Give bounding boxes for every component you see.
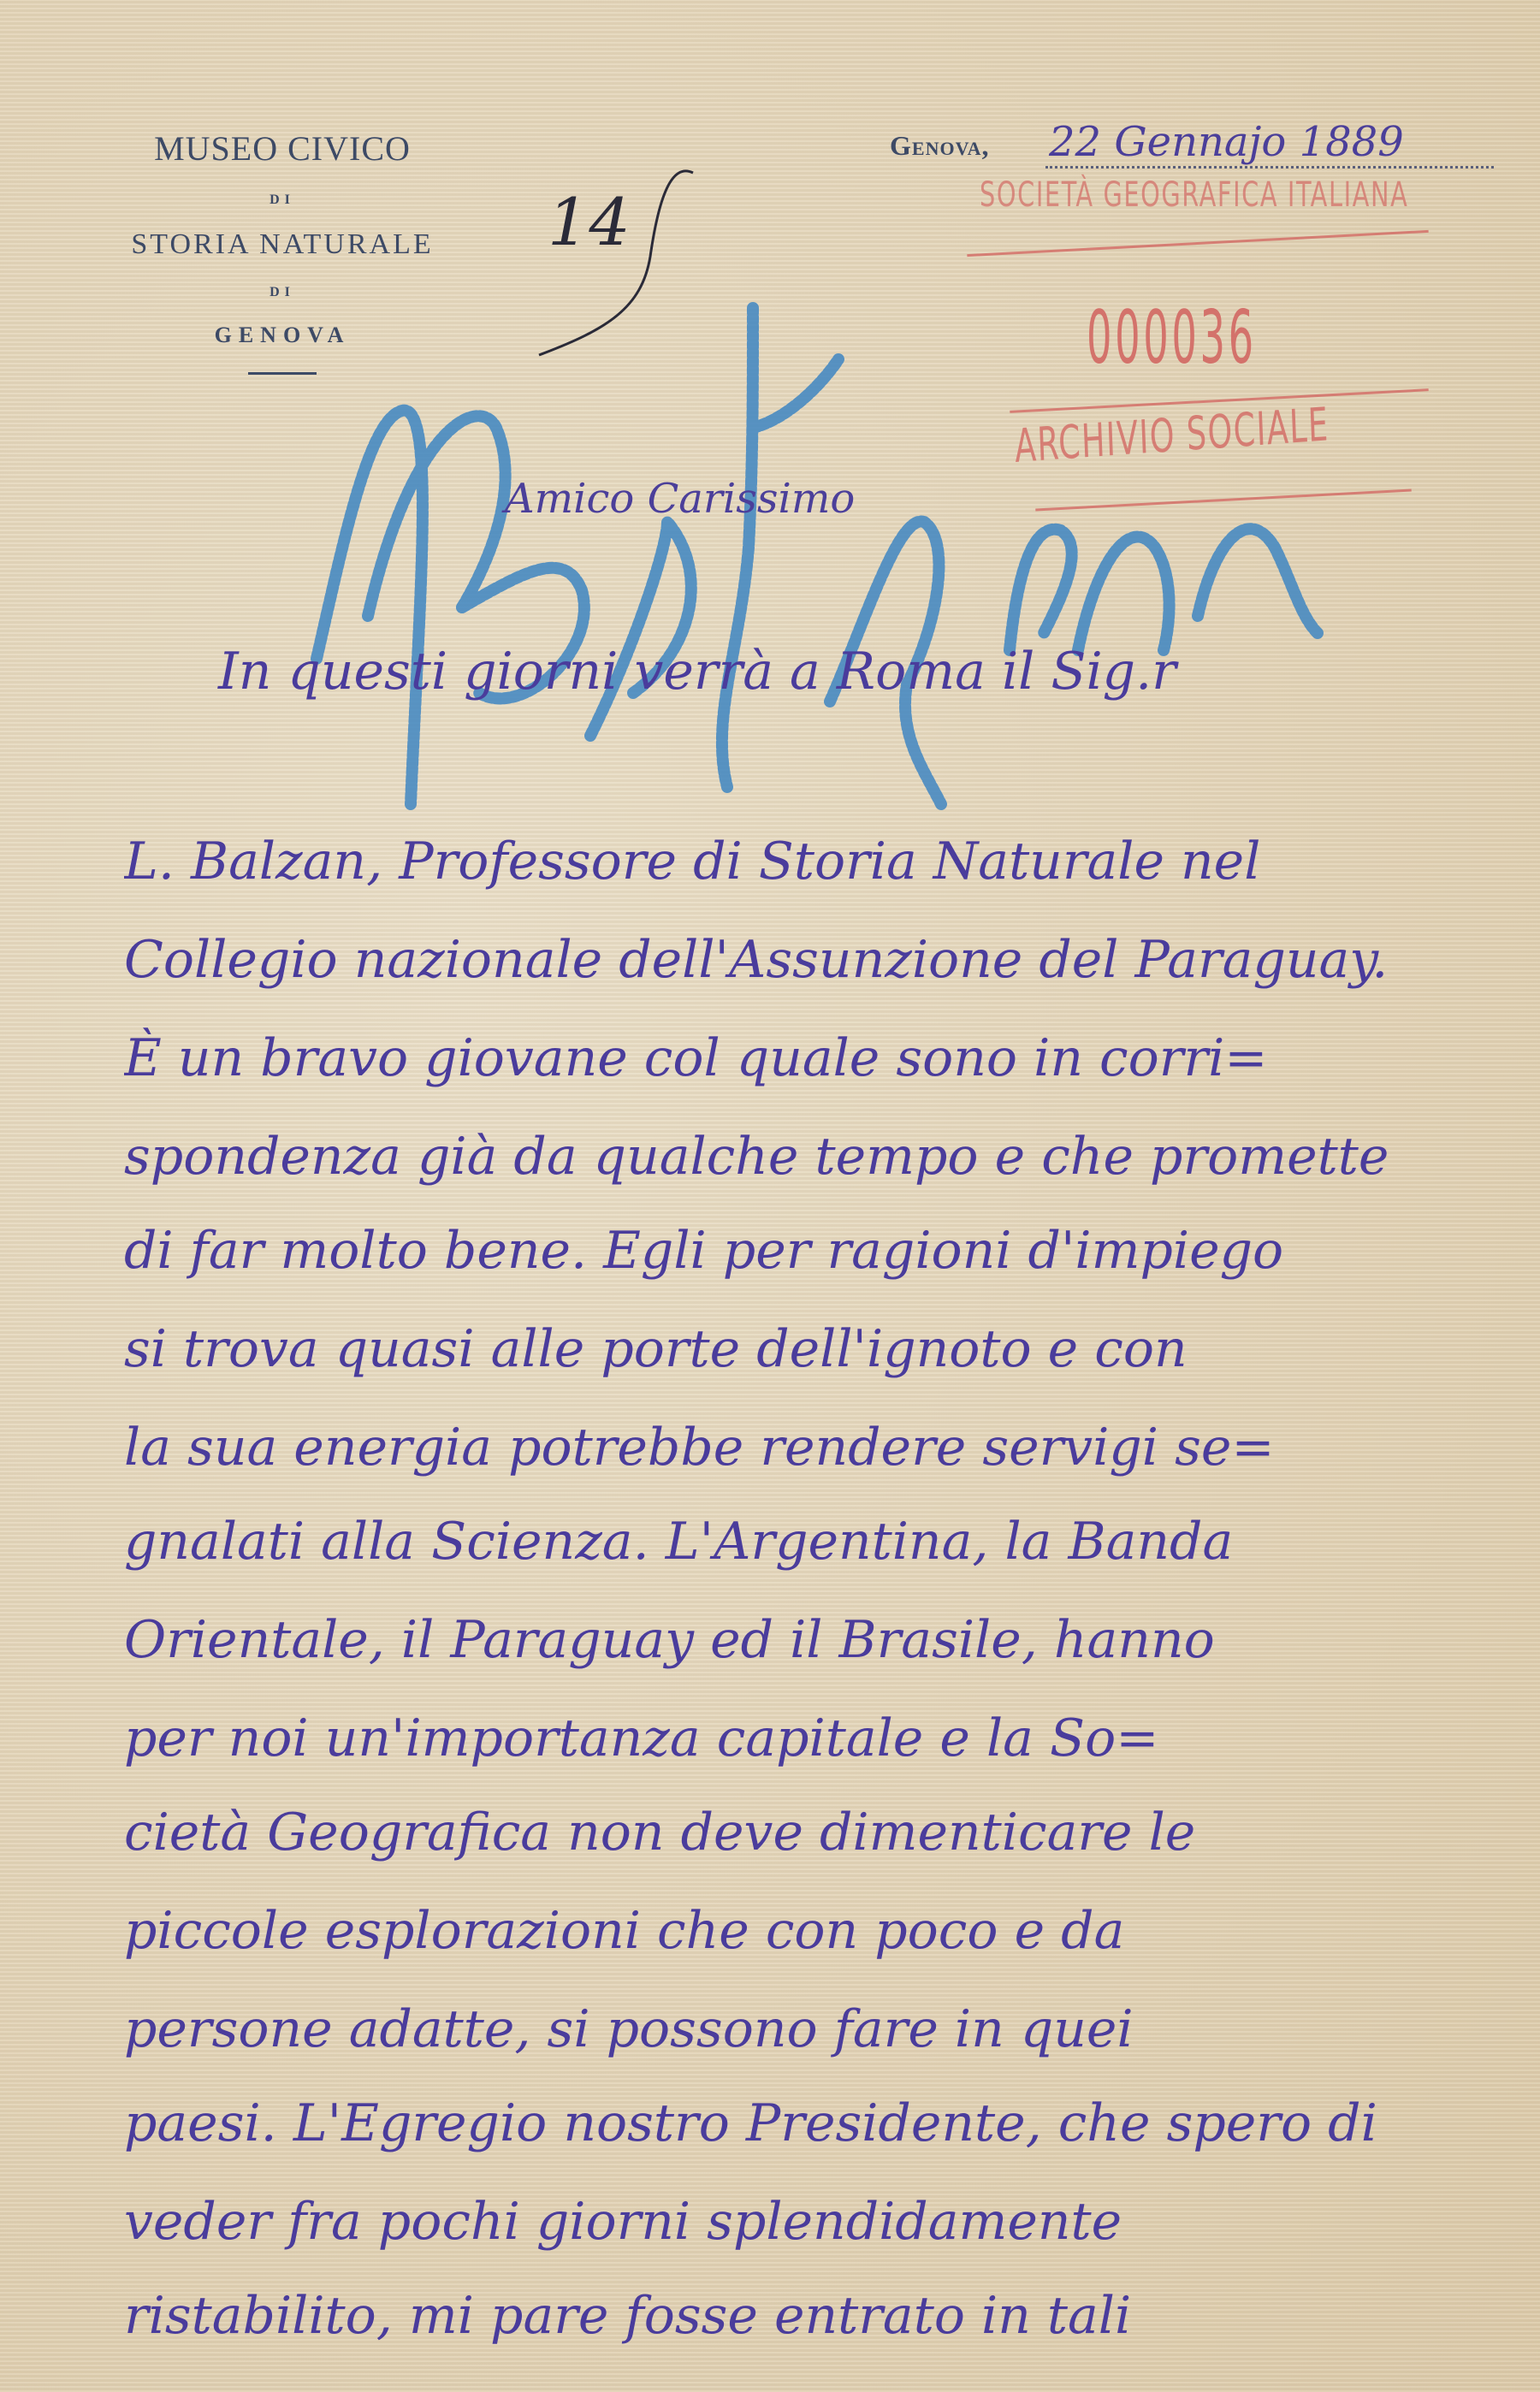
letter-line: si trova quasi alle porte dell'ignoto e … [124,1315,1510,1413]
letter-line: paesi. L'Egregio nostro Presidente, che … [124,2089,1510,2188]
letter-line: piccole esplorazioni che con poco e da [124,1897,1510,1995]
letter-page: MUSEO CIVICO DI STORIA NATURALE DI GENOV… [0,0,1540,2392]
letter-line: persone adatte, si possono fare in quei [124,1995,1510,2089]
letter-line: ristabilito, mi pare fosse entrato in ta… [124,2282,1510,2380]
letter-line: spondenza già da qualche tempo e che pro… [124,1122,1510,1217]
letter-body: In questi giorni verrà a Roma il Sig.r L… [124,637,1510,2380]
folio-number: 14 [548,184,631,260]
dateline-place: Genova, [890,130,990,162]
letter-line: di far molto bene. Egli per ragioni d'im… [124,1217,1510,1315]
letterhead-subtitle: STORIA NATURALE [60,228,505,261]
letter-line: veder fra pochi giorni splendidamente [124,2188,1510,2282]
letter-line: cietà Geografica non deve dimenticare le [124,1798,1510,1897]
letter-line: In questi giorni verrà a Roma il Sig.r [124,637,1510,827]
letter-line: Collegio nazionale dell'Assunzione del P… [124,926,1510,1024]
stamp-society-name: SOCIETÀ GEOGRAFICA ITALIANA [980,175,1408,215]
letterhead-di: DI [60,192,505,208]
stamp-rule [967,230,1428,257]
letter-salutation: Amico Carissimo [505,475,855,523]
letter-line: gnalati alla Scienza. L'Argentina, la Ba… [124,1507,1510,1606]
letter-line: È un bravo giovane col quale sono in cor… [124,1024,1510,1122]
letterhead-museum-name: MUSEO CIVICO [60,128,505,169]
dateline-date: 22 Gennajo 1889 [1045,118,1494,169]
letter-line: Orientale, il Paraguay ed il Brasile, ha… [124,1606,1510,1704]
letterhead-rule [248,372,317,375]
letter-line: L. Balzan, Professore di Storia Naturale… [124,827,1510,926]
letter-line: per noi un'importanza capitale e la So= [124,1704,1510,1798]
letter-line: la sua energia potrebbe rendere servigi … [124,1413,1510,1507]
